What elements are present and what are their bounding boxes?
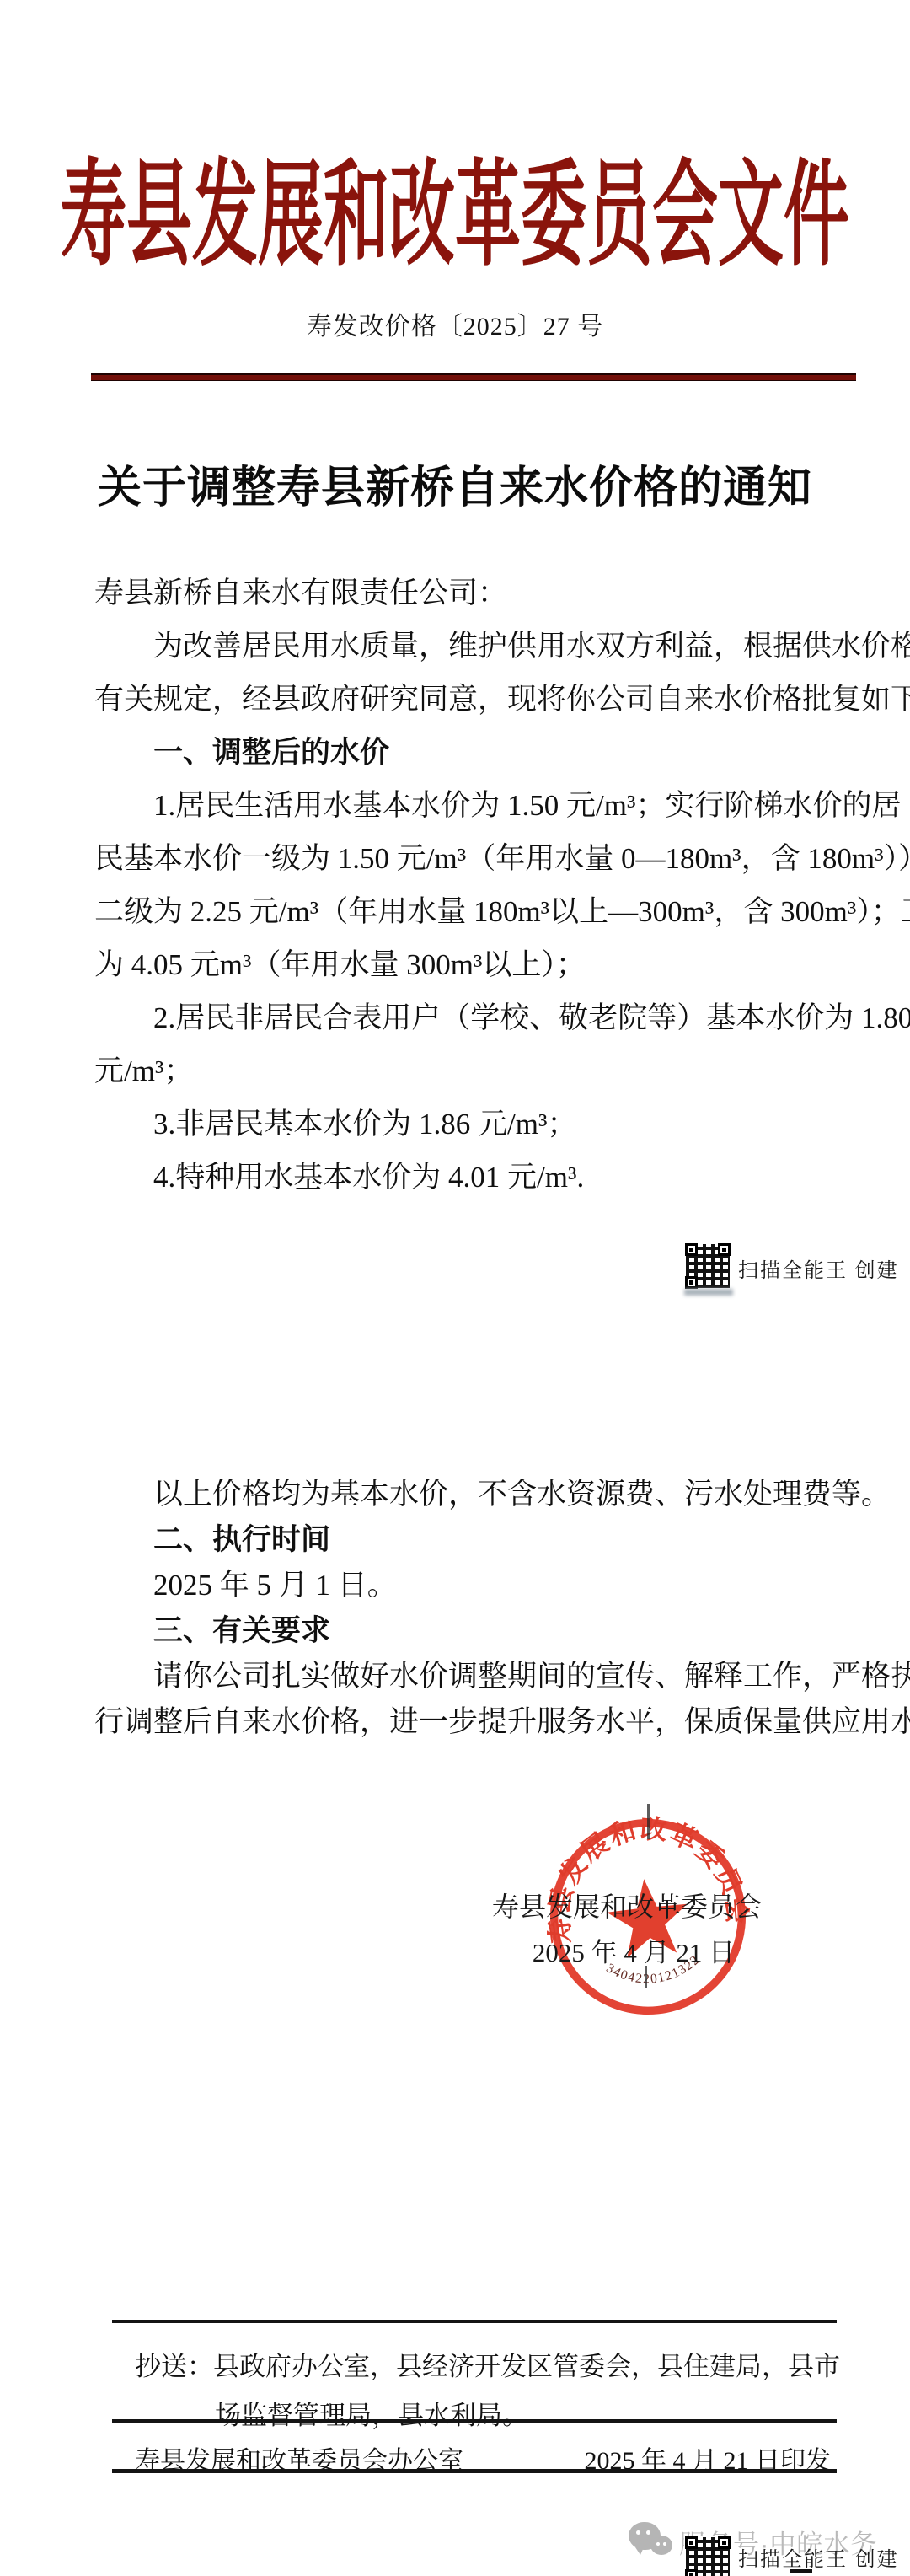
body-line: 3.非居民基本水价为 1.86 元/m³；	[94, 1097, 878, 1151]
cc-list-line: 抄送：县政府办公室，县经济开发区管委会，县住建局，县市	[135, 2345, 840, 2383]
notice-body-block-1: 寿县新桥自来水有限责任公司： 为改善居民用水质量，维护供用水双方利益，根据供水价…	[94, 566, 878, 1204]
wechat-icon	[629, 2522, 679, 2561]
scan-mark	[647, 1804, 650, 1839]
section-heading: 一、调整后的水价	[94, 726, 878, 779]
chat-bubble-icon	[650, 2536, 672, 2555]
body-line: 有关规定，经县政府研究同意，现将你公司自来水价格批复如下：	[94, 673, 878, 726]
body-line: 2.居民非居民合表用户（学校、敬老院等）基本水价为 1.80	[94, 991, 878, 1044]
body-line: 请你公司扎实做好水价调整期间的宣传、解释工作，严格执	[94, 1654, 878, 1699]
section-heading: 二、执行时间	[94, 1517, 878, 1563]
scan-mark	[790, 2569, 812, 2573]
qr-finder-icon	[718, 2536, 731, 2549]
body-line: 为改善居民用水质量，维护供用水双方利益，根据供水价格	[94, 620, 878, 673]
body-line: 元/m³；	[94, 1044, 878, 1097]
document-number: 寿发改价格〔2025〕27 号	[0, 305, 910, 342]
body-line: 2025 年 5 月 1 日。	[94, 1563, 878, 1608]
scanner-watermark-text: 扫描全能王 创建	[738, 2542, 899, 2572]
letterhead-divider	[91, 373, 856, 381]
chat-bubble-tail-icon	[635, 2547, 644, 2555]
scan-smudge	[684, 1289, 733, 1296]
body-line: 以上价格均为基本水价，不含水资源费、污水处理费等。	[94, 1472, 878, 1517]
footer-divider	[112, 2469, 837, 2473]
letterhead-org-title: 寿县发展和改革委员会文件	[0, 123, 910, 288]
scanner-watermark-text: 扫描全能王 创建	[738, 1253, 899, 1283]
body-line: 1.居民生活用水基本水价为 1.50 元/m³；实行阶梯水价的居	[94, 779, 878, 832]
qr-finder-icon	[718, 1243, 731, 1256]
body-line: 为 4.05 元m³（年用水量 300m³以上）；	[94, 938, 878, 991]
qr-finder-icon	[685, 1276, 698, 1289]
section-heading: 三、有关要求	[94, 1608, 878, 1654]
signature-org: 寿县发展和改革委员会	[374, 1886, 880, 1924]
body-line: 二级为 2.25 元/m³（年用水量 180m³以上—300m³，含 300m³…	[94, 885, 878, 938]
body-line: 4.特种用水基本水价为 4.01 元/m³.	[94, 1151, 878, 1204]
footer-divider	[112, 2419, 837, 2423]
body-line: 民基本水价一级为 1.50 元/m³（年用水量 0—180m³，含 180m³）…	[94, 832, 878, 885]
qr-finder-icon	[685, 2536, 698, 2549]
notice-title: 关于调整寿县新桥自来水价格的通知	[0, 452, 910, 515]
notice-body-block-2: 以上价格均为基本水价，不含水资源费、污水处理费等。 二、执行时间 2025 年 …	[94, 1472, 878, 1745]
body-line: 寿县新桥自来水有限责任公司：	[94, 566, 878, 620]
scan-mark	[645, 1966, 647, 1988]
qr-code-icon	[686, 2537, 730, 2576]
qr-finder-icon	[685, 2569, 698, 2576]
footer-divider	[112, 2320, 837, 2323]
signature-date: 2025 年 4 月 21 日	[381, 1931, 886, 1969]
document-page: 寿县发展和改革委员会文件 寿发改价格〔2025〕27 号 关于调整寿县新桥自来水…	[0, 0, 910, 2576]
cc-list-line: 场监督管理局，县水利局。	[215, 2394, 528, 2432]
qr-finder-icon	[685, 1243, 698, 1256]
qr-code-icon	[686, 1244, 730, 1288]
body-line: 行调整后自来水价格，进一步提升服务水平，保质保量供应用水。	[94, 1699, 878, 1745]
